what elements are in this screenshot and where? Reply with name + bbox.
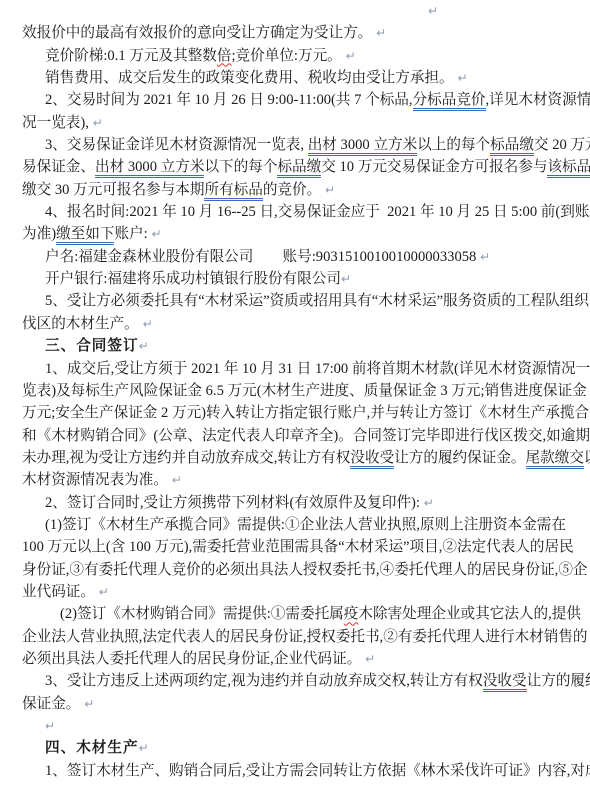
paragraph-mark-icon: ↵ [361,652,375,666]
paragraph-mark-icon: ↵ [148,227,162,241]
paragraph-mark-icon: ↵ [341,272,351,286]
text-line: ↵ [22,0,572,22]
text-run: 未办理,视为受让方违约并自动放弃成交,转让方有权 [22,450,350,466]
inserted-underlined-text-run: 标品缴 [277,159,321,178]
text-line: (2)签订《木材购销合同》需提供:①需委托属疫木除害处理企业或其它法人的,提供 [22,603,572,625]
text-run: 况一览表), [22,115,89,131]
text-line: 保证金。 ↵ [22,693,572,715]
text-run: (1)签订《木材生产承揽合同》需提供:①企业法人营业执照,原则上注册资本金需在 [45,517,566,533]
text-line: 5、受让方必须委托具有“木材采运”资质或招用具有“木材采运”服务资质的工程队组织 [22,290,572,312]
text-run: 1、成交后,受让方须于 2021 年 10 月 31 日 17:00 前将首期木… [45,361,590,377]
text-run: (2)签订《木材购销合同》需提供:①需委托属 [60,606,344,622]
text-run: 以上的每个 [417,137,490,153]
text-run: 以下的每个 [204,159,277,175]
text-run: 万元;安全生产保证金 2 万元)转入转让方指定银行账户,并与转让方签订《木材生产… [22,405,590,421]
paragraph-mark-icon: ↵ [80,697,94,711]
text-line: 竞价阶梯:0.1 万元及其整数倍;竞价单位:万元。 ↵ [22,45,572,67]
paragraph-mark-icon: ↵ [372,26,386,40]
paragraph-mark-icon: ↵ [342,49,356,63]
text-run: 伐区的木材生产。 [22,316,139,332]
text-line: 1、签订木材生产、购销合同后,受让方需会同转让方依据《林木采伐许可证》内容,对成 [22,760,572,782]
text-line: 为准)缴至如下账户: ↵ [22,223,572,245]
text-run: 为准) [22,226,56,242]
text-run: 和《木材购销合同》(公章、法定代表人印章齐全)。合同签订完毕即进行伐区拨交,如逾… [22,428,590,444]
text-run: 业代码证。 [22,584,95,600]
text-run: 览表)及每标生产风险保证金 6.5 万元(木材生产进度、质量保证金 3 万元;销… [22,383,590,399]
text-line: 和《木材购销合同》(公章、法定代表人印章齐全)。合同签订完毕即进行伐区拨交,如逾… [22,425,572,447]
text-run: 户名:福建金森林业股份有限公司 账号:903151001001000003305… [45,249,480,265]
heading-text-run: 四、木材生产 [45,740,139,756]
text-run: 以 [584,450,590,466]
text-line: 3、交易保证金详见木材资源情况一览表, 出材 3000 立方米以上的每个标品缴交… [22,134,572,156]
paragraph-mark-icon: ↵ [139,339,149,353]
text-line: (1)签订《木材生产承揽合同》需提供:①企业法人营业执照,原则上注册资本金需在 [22,514,572,536]
paragraph-mark-icon: ↵ [420,496,434,510]
text-line: 100 万元以上(含 100 万元),需委托营业范围需具备“木材采运”项目,②法… [22,536,572,558]
text-run: ,详见木材资源情 [486,92,590,108]
text-run: 账户: [114,226,147,242]
spellcheck-flagged-text-run: 疫 [344,606,359,622]
text-run: 2、签订合同时,受让方须携带下列材料(有效原件及复印件): [45,495,420,511]
text-run: 效报价中的最高有效报价的意向受让方确定为受让方。 [22,25,372,41]
text-line: 未办理,视为受让方违约并自动放弃成交,转让方有权没收受让方的履约保证金。尾款缴交… [22,447,572,469]
text-run: 4、报名时间:2021 年 10 月 16--25 日,交易保证金应于 2021… [45,204,589,220]
text-line: 3、受让方违反上述两项约定,视为违约并自动放弃成交权,转让方有权没收受让方的履约 [22,670,572,692]
text-line: 览表)及每标生产风险保证金 6.5 万元(木材生产进度、质量保证金 3 万元;销… [22,380,572,402]
text-line: 2、签订合同时,受让方须携带下列材料(有效原件及复印件): ↵ [22,492,572,514]
text-line: 易保证金、出材 3000 立方米以下的每个标品缴交 10 万元交易保证金方可报名… [22,156,572,178]
text-run: 100 万元以上(含 100 万元),需委托营业范围需具备“木材采运”项目,②法… [22,539,574,555]
paragraph-mark-icon: ↵ [45,719,55,733]
heading-text-run: 三、合同签订 [45,338,139,354]
paragraph-mark-icon: ↵ [454,71,468,85]
inserted-underlined-text-run: 所有标品 [204,182,262,201]
text-line: 1、成交后,受让方须于 2021 年 10 月 31 日 17:00 前将首期木… [22,358,572,380]
text-line: 企业法人营业执照,法定代表人的居民身份证,授权委托书,②有委托代理人进行木材销售… [22,626,572,648]
text-run: 易保证金、 [22,159,95,175]
inserted-underlined-text-run: 尾款缴交 [526,450,584,469]
text-run: 交 20 万元交 [534,137,590,153]
text-run: 竞价阶梯:0.1 万元及其整数 [45,48,217,64]
inserted-underlined-text-run: 标品缴 [490,137,534,156]
spellcheck-flagged-text-run: 倍 [217,48,232,64]
text-line: 缴交 30 万元可报名参与本期所有标品的竞价。 ↵ [22,179,572,201]
text-run: 木除害处理企业或其它法人的,提供 [358,606,581,622]
text-run: 3、交易保证金详见木材资源情况一览表, [45,137,308,153]
text-line: 4、报名时间:2021 年 10 月 16--25 日,交易保证金应于 2021… [22,201,572,223]
paragraph-mark-icon: ↵ [139,741,149,755]
text-run: 让方的履约 [527,673,590,689]
text-line: 必须出具法人委托代理人的居民身份证,企业代码证。 ↵ [22,648,572,670]
inserted-underlined-text-run: 缴至如下 [56,226,114,245]
text-run: 1、签订木材生产、购销合同后,受让方需会同转让方依据《林木采伐许可证》内容,对成 [45,763,590,779]
text-line: 效报价中的最高有效报价的意向受让方确定为受让方。 ↵ [22,22,572,44]
text-run: ;竞价单位:万元。 [232,48,342,64]
text-line: ↵ [22,715,572,737]
paragraph-mark-icon: ↵ [480,250,490,264]
text-line: 万元;安全生产保证金 2 万元)转入转让方指定银行账户,并与转让方签订《木材生产… [22,402,572,424]
text-run: 2、交易时间为 2021 年 10 月 26 日 9:00-11:00(共 7 … [45,92,413,108]
text-run: 木材资源情况表为准。 [22,472,168,488]
text-run: 保证金。 [22,696,80,712]
text-run: 3、受让方违反上述两项约定,视为违约并自动放弃成交权,转让方有权 [45,673,483,689]
paragraph-mark-icon: ↵ [321,183,335,197]
text-line: 开户银行:福建将乐成功村镇银行股份有限公司↵ [22,268,572,290]
text-run: 身份证,③有委托代理人竞价的必须出具法人授权委托书,④委托代理人的居民身份证,⑤… [22,562,588,578]
text-run: 缴交 30 万元可报名参与本期 [22,182,204,198]
text-run: 的竞价。 [263,182,321,198]
text-run: 交 10 万元交易保证金方可报名参与 [321,159,547,175]
text-line: 户名:福建金森林业股份有限公司 账号:903151001001000003305… [22,246,572,268]
text-run: 5、受让方必须委托具有“木材采运”资质或招用具有“木材采运”服务资质的工程队组织 [45,293,589,309]
text-line: 伐区的木材生产。 ↵ [22,313,572,335]
paragraph-mark-icon: ↵ [139,317,153,331]
text-run: 必须出具法人委托代理人的居民身份证,企业代码证。 [22,651,361,667]
text-line: 木材资源情况表为准。 ↵ [22,469,572,491]
inserted-underlined-text-run: 分标品竞价 [413,92,486,111]
paragraph-mark-icon: ↵ [89,116,103,130]
inserted-underlined-text-run: 该标品竞价 [547,159,590,178]
inserted-underlined-text-run: 没收受 [483,673,527,692]
text-line: 2、交易时间为 2021 年 10 月 26 日 9:00-11:00(共 7 … [22,89,572,111]
text-line: 况一览表), ↵ [22,112,572,134]
text-run: 让方的履约保证金。 [394,450,525,466]
paragraph-mark-icon: ↵ [168,473,182,487]
text-run: 开户银行:福建将乐成功村镇银行股份有限公司 [45,271,341,287]
inserted-underlined-text-run: 没收受 [350,450,394,469]
text-line: 四、木材生产↵ [22,737,572,759]
text-line: 销售费用、成交后发生的政策变化费用、税收均由受让方承担。 ↵ [22,67,572,89]
text-line: 业代码证。 ↵ [22,581,572,603]
paragraph-mark-icon: ↵ [95,585,109,599]
inserted-underlined-text-run: 出材 3000 立方米 [95,159,204,178]
paragraph-mark-icon: ↵ [428,4,438,18]
document-page: ↵效报价中的最高有效报价的意向受让方确定为受让方。 ↵竞价阶梯:0.1 万元及其… [0,0,590,790]
text-run: 企业法人营业执照,法定代表人的居民身份证,授权委托书,②有委托代理人进行木材销售… [22,629,588,645]
inserted-underlined-text-run: 出材 3000 立方米 [308,137,417,156]
text-run: 销售费用、成交后发生的政策变化费用、税收均由受让方承担。 [45,70,454,86]
text-line: 身份证,③有委托代理人竞价的必须出具法人授权委托书,④委托代理人的居民身份证,⑤… [22,559,572,581]
text-line: 三、合同签订↵ [22,335,572,357]
